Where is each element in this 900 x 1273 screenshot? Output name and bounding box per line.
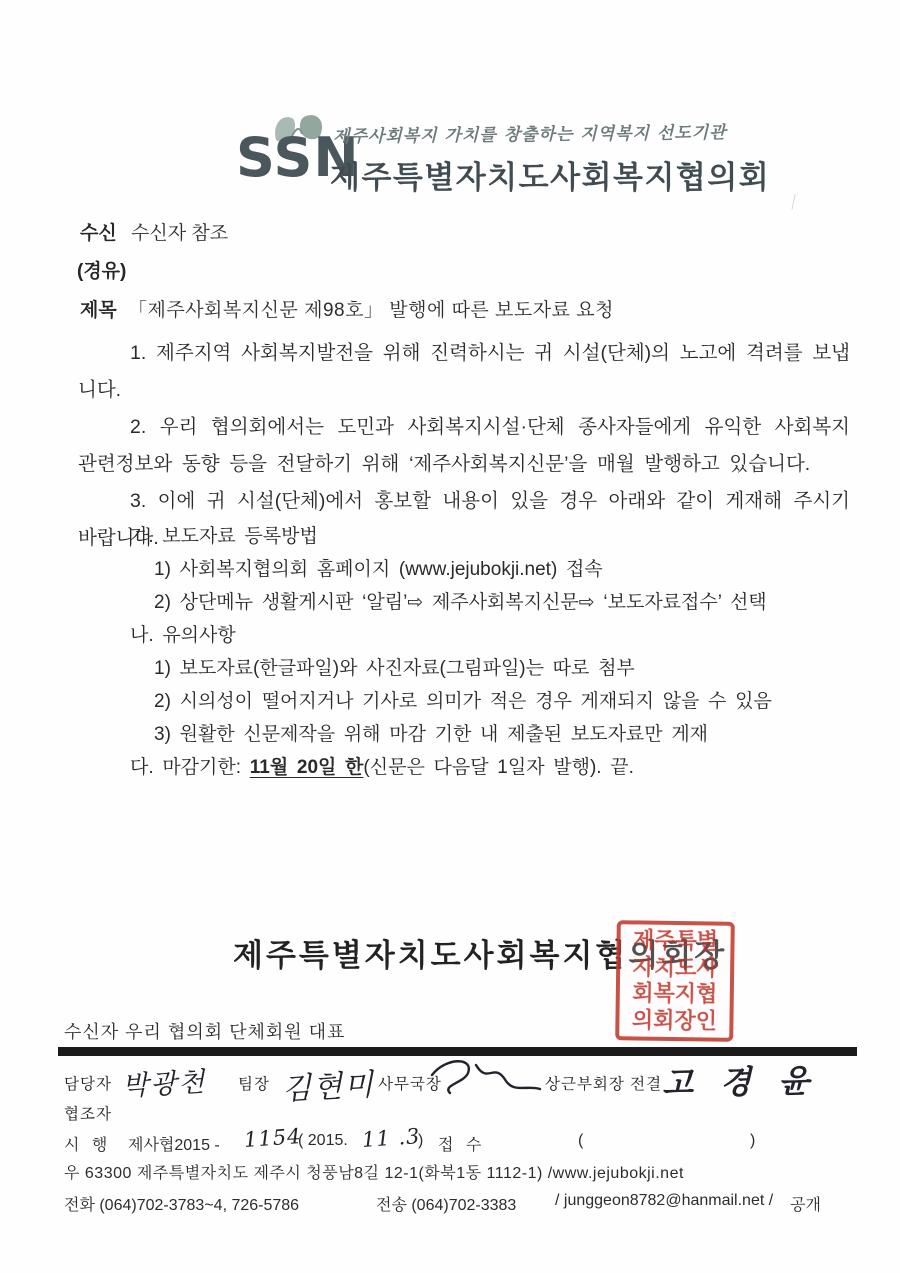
logo-tagline: 제주사회복지 가치를 창출하는 지역복지 선도기관 bbox=[333, 118, 727, 147]
subject-label: 제목 bbox=[80, 295, 117, 322]
deadline-value: 11월 20일 한 bbox=[250, 757, 364, 778]
recipient-label: 수신 bbox=[80, 218, 117, 245]
na-item-1: 1) 보도자료(한글파일)와 사진자료(그림파일)는 따로 첨부 bbox=[130, 652, 850, 685]
execution-date-handwritten: 11 .3 bbox=[361, 1124, 421, 1152]
document-number-handwritten: 1154 bbox=[243, 1124, 302, 1152]
receipt-paren-close: ) bbox=[750, 1132, 755, 1150]
seal-row: 제주특별 bbox=[622, 929, 728, 954]
email-address: / junggeon8782@hanmail.net / bbox=[555, 1192, 773, 1210]
team-leader-label: 팀장 bbox=[238, 1072, 270, 1094]
seal-row: 자치도사 bbox=[622, 955, 728, 980]
receipt-label: 접 수 bbox=[438, 1132, 485, 1155]
receipt-paren-open: ( bbox=[578, 1132, 583, 1150]
paragraph-1: 1. 제주지역 사회복지발전을 위해 진력하시는 귀 시설(단체)의 노고에 격… bbox=[78, 335, 850, 409]
address-line: 우 63300 제주특별자치도 제주시 청풍남8길 12-1(화북1동 1112… bbox=[64, 1160, 684, 1183]
deadline-prefix: 다. 마감기한: bbox=[130, 757, 250, 778]
na-item-2: 2) 시의성이 떨어지거나 기사로 의미가 적은 경우 게재되지 않을 수 있음 bbox=[130, 685, 850, 718]
fax-number: 전송 (064)702-3383 bbox=[376, 1192, 516, 1215]
instructions-list: 가. 보도자료 등록방법 1) 사회복지협의회 홈페이지 (www.jejubo… bbox=[130, 520, 850, 784]
ga-item-1: 1) 사회복지협의회 홈페이지 (www.jejubokji.net) 접속 bbox=[130, 553, 850, 586]
official-seal-stamp-icon: 제주특별 자치도사 회복지협 의회장인 bbox=[615, 920, 735, 1042]
seal-row: 회복지협 bbox=[622, 982, 728, 1007]
section-da-line: 다. 마감기한: 11월 20일 한(신문은 다음달 1일자 발행). 끝. bbox=[130, 751, 850, 784]
disclosure-label: 공개 bbox=[790, 1192, 821, 1215]
executive-vice-chair-signature: 고 경 윤 bbox=[662, 1056, 818, 1105]
ga-item-2: 2) 상단메뉴 생활게시판 ‘알림’⇨ 제주사회복지신문⇨ ‘보도자료접수’ 선… bbox=[130, 586, 850, 619]
logo-org-name: 제주특별자치도사회복지협의회 bbox=[330, 152, 770, 197]
via-label: (경유) bbox=[77, 256, 126, 283]
scan-artifact-mark: ᛁ bbox=[786, 191, 801, 214]
deadline-suffix: (신문은 다음달 1일자 발행). 끝. bbox=[363, 757, 633, 778]
scanned-official-letter: SSN 제주사회복지 가치를 창출하는 지역복지 선도기관 제주특별자치도사회복… bbox=[0, 0, 900, 1273]
team-leader-signature: 김현미 bbox=[281, 1060, 376, 1109]
paragraph-2: 2. 우리 협의회에서는 도민과 사회복지시설·단체 종사자들에게 유익한 사회… bbox=[78, 409, 850, 483]
execution-date-open: ( 2015. bbox=[298, 1132, 348, 1150]
phone-numbers: 전화 (064)702-3783~4, 726-5786 bbox=[64, 1192, 299, 1215]
seal-row: 의회장인 bbox=[621, 1008, 727, 1033]
recipients-line: 수신자 우리 협의회 단체회원 대표 bbox=[64, 1018, 345, 1044]
manager-label: 담당자 bbox=[64, 1072, 112, 1094]
manager-signature: 박광천 bbox=[121, 1060, 207, 1103]
execution-date-close: ) bbox=[418, 1132, 423, 1150]
section-ga-heading: 가. 보도자료 등록방법 bbox=[130, 520, 850, 553]
secretary-signature-scribble bbox=[428, 1055, 543, 1100]
executive-vice-chair-label: 상근부회장 전결 bbox=[545, 1072, 662, 1094]
recipient-value: 수신자 참조 bbox=[131, 218, 228, 245]
subject-value: 「제주사회복지신문 제98호」 발행에 따른 보도자료 요청 bbox=[128, 295, 614, 322]
section-na-heading: 나. 유의사항 bbox=[130, 619, 850, 652]
cooperator-label: 협조자 bbox=[64, 1102, 112, 1124]
document-number-prefix: 제사협2015 - bbox=[128, 1132, 220, 1155]
execution-label: 시 행 bbox=[64, 1132, 111, 1155]
na-item-3: 3) 원활한 신문제작을 위해 마감 기한 내 제출된 보도자료만 게재 bbox=[130, 718, 850, 751]
